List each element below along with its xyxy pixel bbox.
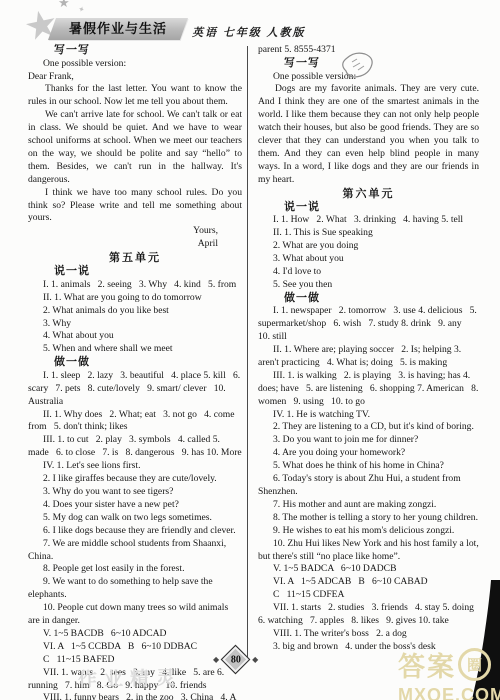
answer-line: 3. Why (28, 318, 242, 331)
watermark-site: MXQE.COM (398, 685, 500, 700)
answer-line: III. 1. to cut 2. play 3. symbols 4. cal… (28, 434, 242, 460)
answer-line: V. 1~5 BACDB 6~10 ADCAD (28, 628, 242, 641)
paragraph-line: One possible version: (28, 58, 242, 71)
right-column: parent 5. 8555-4371写一写One possible versi… (258, 44, 479, 654)
paragraph-line: Dogs are my favorite animals. They are v… (258, 83, 479, 186)
series-title-banner: 暑假作业与生活 (48, 18, 188, 40)
watermark-right: 答案 圈 MXQE.COM (398, 645, 500, 700)
scribble-doodle-icon (338, 50, 376, 82)
column-divider (247, 46, 248, 662)
paragraph-line: Dear Frank, (28, 71, 242, 84)
paragraph-line: Thanks for the last letter. You want to … (28, 83, 242, 109)
answer-line: 5. See you then (258, 279, 479, 292)
series-title: 暑假作业与生活 (52, 18, 184, 40)
answer-line: V. 1~5 BADCA 6~10 DADCB (258, 563, 479, 576)
letter-closing: Yours, (28, 225, 242, 238)
book-page: ★ ★ ✦ 暑假作业与生活 英语 七年级 人教版 写一写One possible… (0, 0, 500, 700)
letter-closing: April (28, 238, 242, 251)
diamond-dot-icon: ◆ (213, 655, 219, 664)
left-column: 写一写One possible version:Dear Frank,Thank… (28, 44, 242, 700)
answer-line: 8. People get lost easily in the forest. (28, 563, 242, 576)
section-heading: 写一写 (28, 44, 242, 58)
small-star-icon: ★ (58, 0, 70, 11)
paragraph-line: We can't arrive late for school. We can'… (28, 109, 242, 186)
answer-line: 9. We want to do something to help save … (28, 576, 242, 602)
answer-line: 7. We are middle school students from Sh… (28, 538, 242, 564)
answer-line: 2. I like giraffes because they are cute… (28, 473, 242, 486)
answer-line: 5. My dog can walk on two legs sometimes… (28, 512, 242, 525)
answer-line: IV. 1. Let's see lions first. (28, 460, 242, 473)
edition-subtitle: 英语 七年级 人教版 (192, 24, 306, 40)
answer-line: 6. I like dogs because they are friendly… (28, 525, 242, 538)
answer-line: 4. Does your sister have a new pet? (28, 499, 242, 512)
answer-line: I. 1. animals 2. seeing 3. Why 4. kind 5… (28, 279, 242, 292)
page-number: 80 (231, 654, 241, 665)
answer-line: C 11~15 CDFEA (258, 589, 479, 602)
answer-line: VII. 1. starts 2. studies 3. friends 4. … (258, 602, 479, 628)
answer-line: II. 1. What are you going to do tomorrow (28, 292, 242, 305)
answer-line: 7. His mother and aunt are making zongzi… (258, 499, 479, 512)
answer-line: 10. People cut down many trees so wild a… (28, 602, 242, 628)
diamond-dot-icon: ◆ (252, 655, 258, 664)
answer-line: IV. 1. He is watching TV. (258, 409, 479, 422)
answer-line: 3. What about you (258, 253, 479, 266)
answer-line: 2. What are you doing (258, 240, 479, 253)
unit-title: 第五单元 (28, 251, 242, 265)
tiny-star-icon: ✦ (77, 4, 86, 15)
answer-line: VI. A 1~5 CCBDA B 6~10 DDBAC (28, 641, 242, 654)
answer-line: VI. A 1~5 ADCAB B 6~10 CABAD (258, 576, 479, 589)
answer-line: 5. When and where shall we meet (28, 343, 242, 356)
section-heading: 说一说 (28, 265, 242, 279)
page-number-badge: ◆ 80 ◆ (213, 649, 258, 670)
answer-line: VIII. 1. funny bears 2. in the zoo 3. Ch… (28, 692, 242, 700)
answer-line: 3. Do you want to join me for dinner? (258, 434, 479, 447)
answer-line: 9. He wishes to eat his mom's delicious … (258, 525, 479, 538)
answer-line: 10. Zhu Hui likes New York and his host … (258, 538, 479, 564)
answer-line: I. 1. newspaper 2. tomorrow 3. use 4. de… (258, 305, 479, 344)
section-heading: 做一做 (258, 292, 479, 306)
section-heading: 说一说 (258, 201, 479, 215)
watermark-left: 作业精灵 (78, 663, 182, 692)
unit-title: 第六单元 (258, 187, 479, 201)
answer-line: 5. What does he think of his home in Chi… (258, 460, 479, 473)
paragraph-line: I think we have too many school rules. D… (28, 187, 242, 226)
page-number-diamond: 80 (221, 645, 251, 675)
answer-line: 3. Why do you want to see tigers? (28, 486, 242, 499)
watermark-circle-logo: 圈 (458, 648, 491, 681)
answer-line: II. 1. This is Sue speaking (258, 227, 479, 240)
answer-line: 4. I'd love to (258, 266, 479, 279)
watermark-right-text: 答案 (398, 645, 456, 684)
answer-line: 2. They are listening to a CD, but it's … (258, 421, 479, 434)
answer-line: 8. The mother is telling a story to her … (258, 512, 479, 525)
answer-line: 6. Today's story is about Zhu Hui, a stu… (258, 473, 479, 499)
answer-line: II. 1. Why does 2. What; eat 3. not go 4… (28, 409, 242, 435)
answer-line: 4. What about you (28, 330, 242, 343)
answer-line: II. 1. Where are; playing soccer 2. Is; … (258, 344, 479, 370)
section-heading: 做一做 (28, 356, 242, 370)
answer-line: 4. Are you doing your homework? (258, 447, 479, 460)
answer-line: I. 1. How 2. What 3. drinking 4. having … (258, 214, 479, 227)
answer-line: I. 1. sleep 2. lazy 3. beautiful 4. plac… (28, 370, 242, 409)
answer-line: III. 1. is walking 2. is playing 3. is h… (258, 370, 479, 409)
answer-line: 2. What animals do you like best (28, 305, 242, 318)
answer-line: VIII. 1. The writer's boss 2. a dog (258, 628, 479, 641)
